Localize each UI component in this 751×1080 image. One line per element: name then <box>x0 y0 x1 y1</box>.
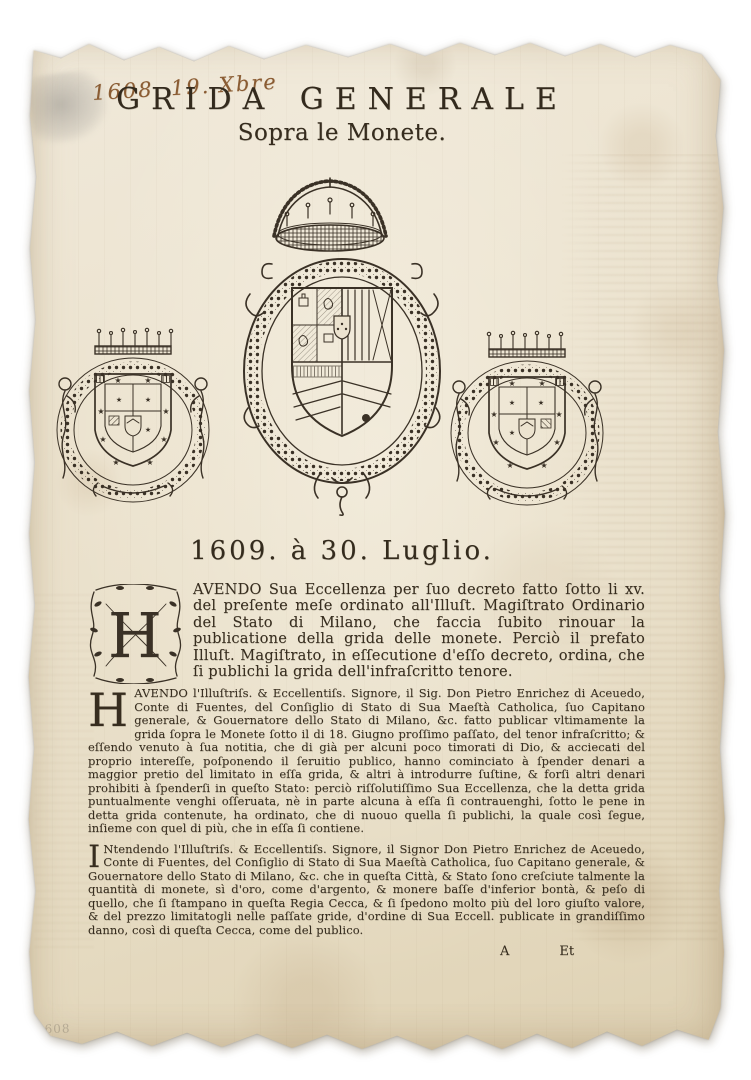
initial-I: I <box>88 843 103 870</box>
svg-text:★: ★ <box>162 407 169 416</box>
svg-text:★: ★ <box>160 435 167 444</box>
page-subtitle: Sopra le Monete. <box>62 120 622 146</box>
svg-text:★: ★ <box>540 461 547 470</box>
svg-text:★: ★ <box>509 399 515 407</box>
royal-arms-woodcut-icon <box>240 176 445 516</box>
decorated-initial-H-icon: H <box>88 584 183 684</box>
paragraph-intendendo: I Ntendendo l'Illuſtriſs. & Eccellentiſs… <box>88 843 645 938</box>
paragraph-decree: H AVENDO Sua Eccellenza per ſuo decreto … <box>88 582 645 680</box>
svg-text:★: ★ <box>538 379 545 388</box>
svg-text:H: H <box>108 599 162 672</box>
verso-showthrough <box>34 594 94 954</box>
svg-text:★: ★ <box>116 396 122 404</box>
svg-text:★: ★ <box>114 376 121 385</box>
paper-surface: 1608. 19. Xbre GRIDA GENERALE Sopra le M… <box>26 34 726 1054</box>
svg-text:★: ★ <box>538 399 544 407</box>
svg-text:★: ★ <box>555 410 562 419</box>
svg-text:★: ★ <box>506 461 513 470</box>
paragraph-havendo: H AVENDO l'Illuſtriſs. & Eccellentiſs. S… <box>88 687 645 836</box>
svg-text:★: ★ <box>112 458 119 467</box>
svg-text:★: ★ <box>97 407 104 416</box>
svg-text:★: ★ <box>490 410 497 419</box>
paragraph-text: AVENDO l'Illuſtriſs. & Eccellentiſs. Sig… <box>88 686 645 835</box>
date-line: 1609. à 30. Luglio. <box>62 536 622 566</box>
svg-text:★: ★ <box>145 396 151 404</box>
pencil-annotation: 1608 <box>36 1021 71 1036</box>
svg-text:★: ★ <box>509 429 515 437</box>
paper-sheet: 1608. 19. Xbre GRIDA GENERALE Sopra le M… <box>26 34 726 1054</box>
catchword: Et <box>559 944 574 959</box>
paragraph-text: AVENDO Sua Eccellenza per ſuo decreto fa… <box>193 581 645 680</box>
svg-text:★: ★ <box>99 435 106 444</box>
svg-text:★: ★ <box>146 458 153 467</box>
svg-text:★: ★ <box>508 379 515 388</box>
text-block: H AVENDO Sua Eccellenza per ſuo decreto … <box>88 582 645 959</box>
left-arms-woodcut-icon: ★★ ★★ ★★ ★★ ★★★ <box>50 322 215 512</box>
signature-line: A Et <box>88 944 645 959</box>
document-photo: 1608. 19. Xbre GRIDA GENERALE Sopra le M… <box>0 0 751 1080</box>
right-arms-woodcut-icon: ★★ ★★ ★★ ★★ ★★★ <box>445 322 610 518</box>
signature-mark: A <box>500 944 509 959</box>
svg-text:★: ★ <box>144 376 151 385</box>
svg-text:★: ★ <box>553 438 560 447</box>
svg-text:★: ★ <box>492 438 499 447</box>
initial-H: H <box>88 687 134 729</box>
page-title: GRIDA GENERALE <box>62 82 622 117</box>
paragraph-text: Ntendendo l'Illuſtriſs. & Eccellentiſs. … <box>88 842 645 937</box>
svg-text:★: ★ <box>145 426 151 434</box>
